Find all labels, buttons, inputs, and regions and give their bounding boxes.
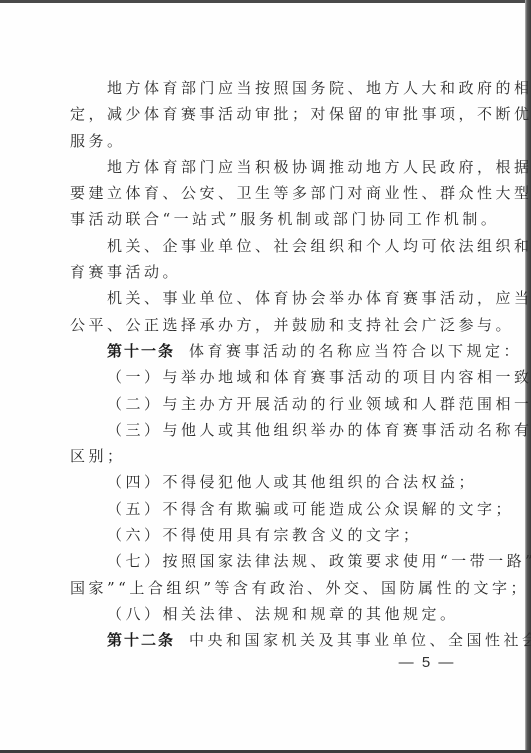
text-line: 公平、公正选择承办方，并鼓励和支持社会广泛参与。 — [70, 312, 466, 338]
paragraph-one-stop-service: 地方体育部门应当积极协调推动地方人民政府，根据实际需 要建立体育、公安、卫生等多… — [70, 154, 466, 233]
article-11-heading: 第十一条 — [107, 342, 175, 360]
article-11-item-4: （四）不得侵犯他人或其他组织的合法权益； — [70, 469, 466, 495]
text-line: 要建立体育、公安、卫生等多部门对商业性、群众性大型体育赛 — [70, 180, 466, 206]
text-line: 定，减少体育赛事活动审批；对保留的审批事项，不断优化 — [70, 101, 466, 127]
article-11-item-2: （二）与主办方开展活动的行业领域和人群范围相一致； — [70, 391, 466, 417]
article-11-item-7-cont: 国家”“上合组织”等含有政治、外交、国防属性的文字； — [70, 575, 466, 601]
document-page: 地方体育部门应当按照国务院、地方人大和政府的相关规 定，减少体育赛事活动审批；对… — [0, 3, 525, 750]
article-11-item-1: （一）与举办地域和体育赛事活动的项目内容相一致； — [70, 364, 466, 390]
text-line: 事活动联合“一站式”服务机制或部门协同工作机制。 — [70, 206, 466, 232]
text-line: 地方体育部门应当积极协调推动地方人民政府，根据实际需 — [70, 154, 466, 180]
paragraph-approval-simplification: 地方体育部门应当按照国务院、地方人大和政府的相关规 定，减少体育赛事活动审批；对… — [70, 75, 466, 154]
article-12-line: 第十二条中央和国家机关及其事业单位、全国性社会组织 — [70, 627, 466, 653]
article-12-text: 中央和国家机关及其事业单位、全国性社会组织 — [189, 631, 531, 649]
text-line: 地方体育部门应当按照国务院、地方人大和政府的相关规 — [70, 75, 466, 101]
article-11: 第十一条体育赛事活动的名称应当符合以下规定： （一）与举办地域和体育赛事活动的项… — [70, 338, 466, 627]
article-11-item-7: （七）按照国家法律法规、政策要求使用“一带一路”“金砖 — [70, 548, 466, 574]
text-line: 育赛事活动。 — [70, 259, 466, 285]
article-11-line: 第十一条体育赛事活动的名称应当符合以下规定： — [70, 338, 466, 364]
paragraph-organizers: 机关、企事业单位、社会组织和个人均可依法组织和举办体 育赛事活动。 — [70, 233, 466, 286]
document-body: 地方体育部门应当按照国务院、地方人大和政府的相关规 定，减少体育赛事活动审批；对… — [70, 75, 466, 654]
page-number: — 5 — — [392, 654, 462, 671]
article-11-item-5: （五）不得含有欺骗或可能造成公众误解的文字； — [70, 496, 466, 522]
text-line: 服务。 — [70, 128, 466, 154]
article-11-intro: 体育赛事活动的名称应当符合以下规定： — [189, 342, 522, 360]
text-line: 机关、企事业单位、社会组织和个人均可依法组织和举办体 — [70, 233, 466, 259]
article-11-item-6: （六）不得使用具有宗教含义的文字； — [70, 522, 466, 548]
text-line: 机关、事业单位、体育协会举办体育赛事活动，应当公开、 — [70, 285, 466, 311]
paragraph-public-selection: 机关、事业单位、体育协会举办体育赛事活动，应当公开、 公平、公正选择承办方，并鼓… — [70, 285, 466, 338]
article-12: 第十二条中央和国家机关及其事业单位、全国性社会组织 — [70, 627, 466, 653]
article-11-item-8: （八）相关法律、法规和规章的其他规定。 — [70, 601, 466, 627]
article-11-item-3-cont: 区别； — [70, 443, 466, 469]
article-12-heading: 第十二条 — [107, 631, 175, 649]
article-11-item-3: （三）与他人或其他组织举办的体育赛事活动名称有实质性 — [70, 417, 466, 443]
